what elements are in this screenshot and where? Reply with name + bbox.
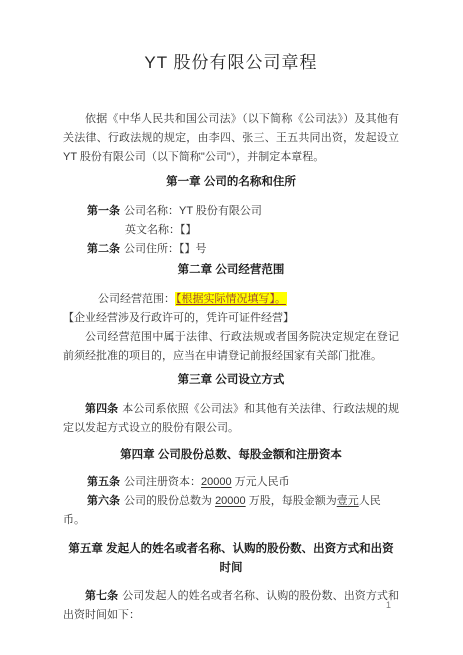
article-5-number: 第五条: [87, 476, 120, 488]
document-page: YT 股份有限公司章程 依据《中华人民共和国公司法》（以下简称《公司法》）及其他…: [0, 0, 463, 655]
page-number: 1: [386, 600, 391, 611]
article-7: 第七条公司发起人的姓名或者名称、认购的股份数、出资方式和出资时间如下：: [63, 587, 399, 625]
chapter-2-heading: 第二章 公司经营范围: [63, 261, 399, 280]
article-1-text: 公司名称：YT 股份有限公司: [124, 205, 262, 217]
article-5-pre-text: 公司注册资本：: [124, 476, 201, 488]
article-6: 第六条公司的股份总数为 20000 万股，每股金额为壹元人民币。: [63, 492, 399, 530]
chapter-5-heading: 第五章 发起人的姓名或者名称、认购的股份数、出资方式和出资时间: [63, 540, 399, 578]
article-6-number: 第六条: [87, 495, 120, 507]
business-scope-line: 公司经营范围：【根据实际情况填写】。: [63, 290, 399, 309]
english-name-line: 英文名称：【】: [63, 221, 399, 240]
approval-paragraph: 公司经营范围中属于法律、行政法规或者国务院决定规定在登记前须经批准的项目的，应当…: [63, 328, 399, 366]
document-title: YT 股份有限公司章程: [63, 52, 399, 74]
chapter-1-heading: 第一章 公司的名称和住所: [63, 173, 399, 192]
article-2: 第二条公司住所：【】号: [63, 240, 399, 259]
article-7-number: 第七条: [85, 590, 118, 602]
business-scope-label: 公司经营范围：: [98, 293, 175, 305]
article-6-mid-text: 万股，每股金额为: [246, 495, 337, 507]
article-5: 第五条公司注册资本：20000 万元人民币: [63, 473, 399, 492]
article-1-number: 第一条: [87, 205, 120, 217]
registered-capital-value: 20000: [201, 476, 232, 488]
article-2-text: 公司住所：【】号: [124, 243, 207, 255]
article-5-post-text: 万元人民币: [232, 476, 290, 488]
article-1: 第一条公司名称：YT 股份有限公司: [63, 202, 399, 221]
article-4: 第四条本公司系依照《公司法》和其他有关法律、行政法规的规定以发起方式设立的股份有…: [63, 400, 399, 438]
per-share-amount-value: 壹元: [337, 495, 359, 507]
article-2-number: 第二条: [87, 243, 120, 255]
intro-paragraph: 依据《中华人民共和国公司法》（以下简称《公司法》）及其他有关法律、行政法规的规定…: [63, 110, 399, 167]
chapter-3-heading: 第三章 公司设立方式: [63, 371, 399, 390]
chapter-4-heading: 第四章 公司股份总数、每股金额和注册资本: [63, 446, 399, 465]
article-6-pre-text: 公司的股份总数为: [124, 495, 215, 507]
license-note-line: 【企业经营涉及行政许可的，凭许可证件经营】: [63, 309, 399, 328]
business-scope-fill-highlight: 【根据实际情况填写】。: [175, 292, 287, 306]
total-shares-value: 20000: [215, 495, 246, 507]
article-4-number: 第四条: [85, 403, 118, 415]
